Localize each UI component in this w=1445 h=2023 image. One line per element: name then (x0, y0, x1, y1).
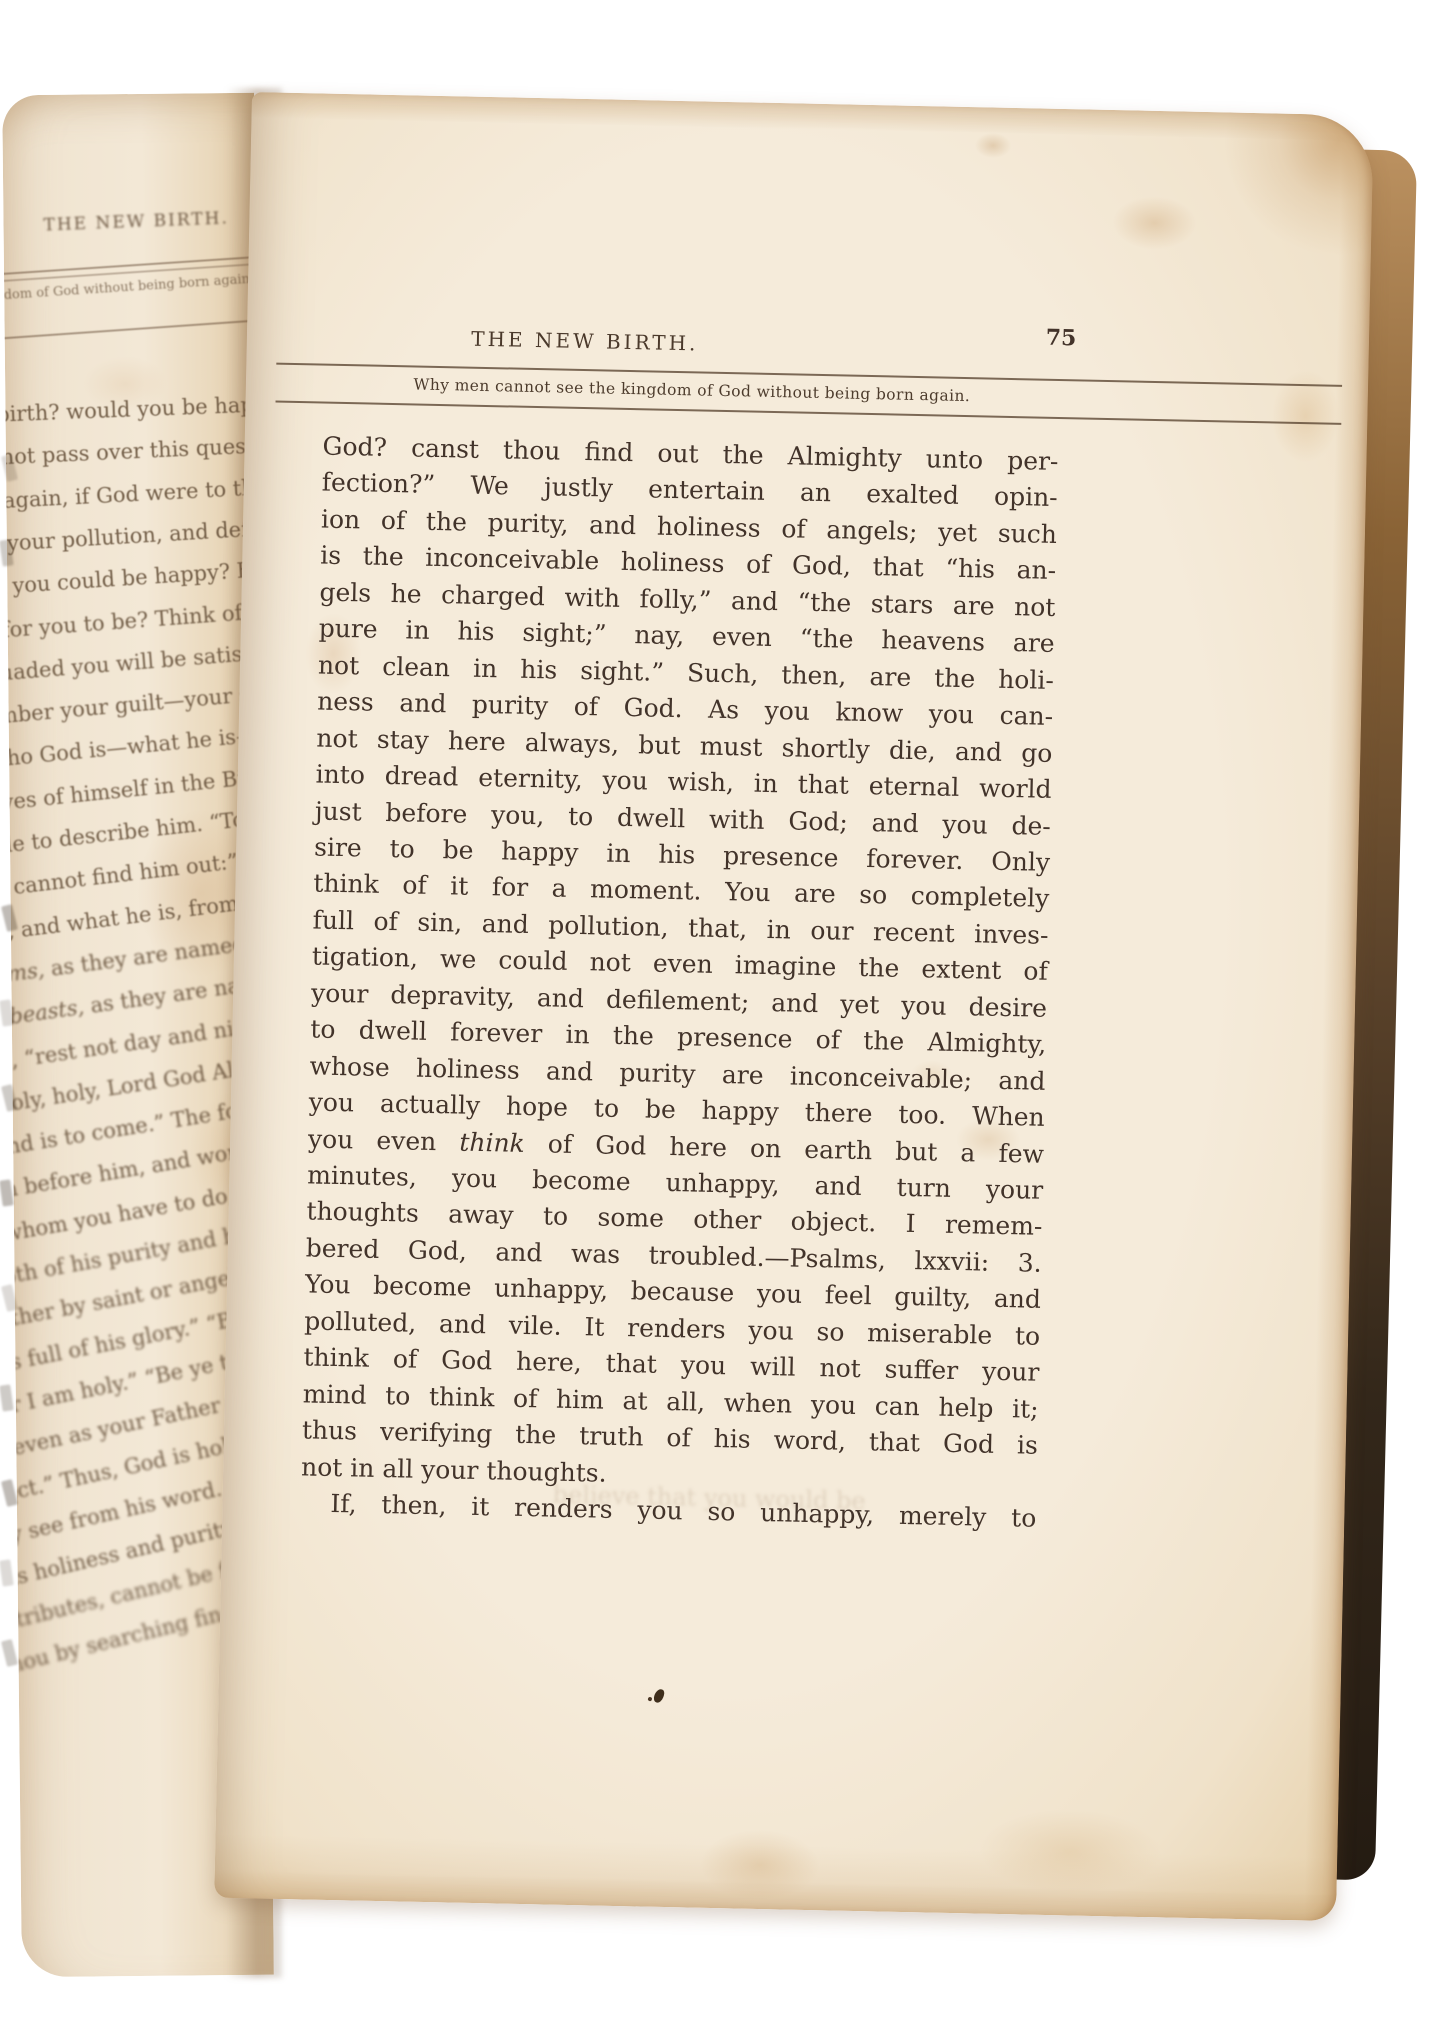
left-page-line: possible for you to be? Think of i (2, 599, 256, 648)
page-edge-dash (1, 1479, 18, 1507)
page-edge-dash (0, 1559, 14, 1586)
left-page-line: I ask you again, if God were to th (2, 475, 255, 518)
page-edge-dash (1, 1639, 18, 1667)
body-text: God? canst thou find out the Almighty un… (214, 92, 1374, 1921)
book-photo: THE NEW BIRTH. see the kingdom of God wi… (0, 0, 1445, 2023)
page-edge-dash (0, 1179, 14, 1206)
right-page: THE NEW BIRTH. 75 Why men cannot see the… (214, 92, 1374, 1921)
left-page-line: n? Do not pass over this quest (2, 434, 254, 473)
page-edge-dash (0, 1384, 14, 1411)
left-page-line: en, in all your pollution, and defi (2, 517, 255, 562)
left-page-line: u think you could be happy? H (2, 558, 256, 603)
left-page-line: at the New-birth? would you be hap (2, 393, 254, 432)
